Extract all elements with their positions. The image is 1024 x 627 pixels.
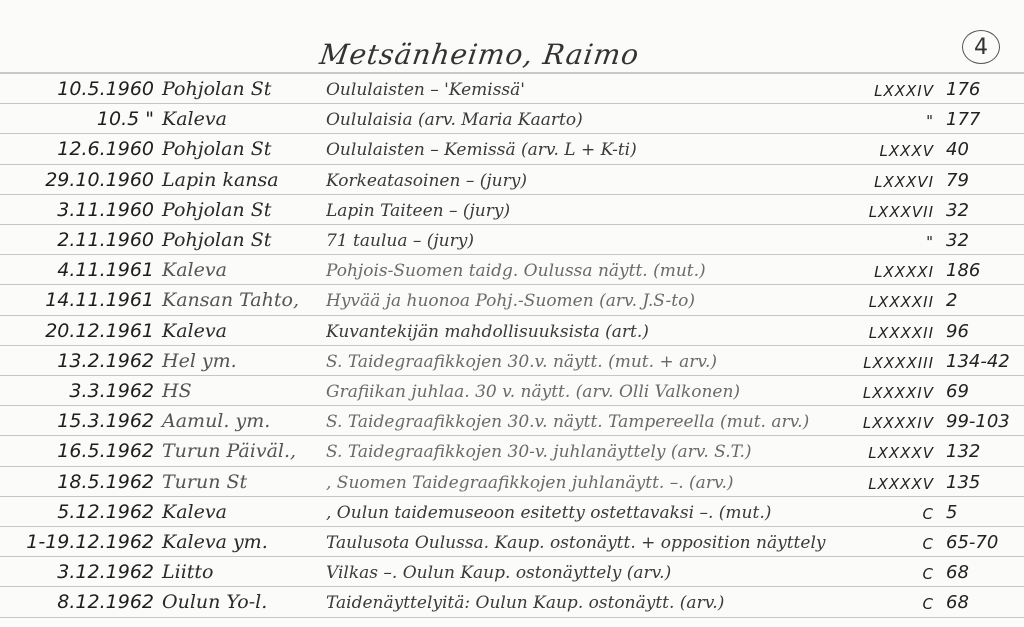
entry-newspaper: Pohjolan St bbox=[162, 78, 322, 100]
entry-page: 65-70 bbox=[940, 532, 1024, 553]
entry-description: , Oulun taidemuseoon esitetty ostettavak… bbox=[326, 503, 846, 523]
entry-volume: LXXXXV bbox=[820, 444, 934, 462]
entry-row: 16.5.1962Turun Päiväl.,S. Taidegraafikko… bbox=[0, 435, 1024, 465]
entry-newspaper: Kaleva bbox=[162, 108, 322, 130]
entry-newspaper: Liitto bbox=[162, 561, 322, 583]
entry-date: 8.12.1962 bbox=[14, 591, 154, 613]
index-card: Metsänheimo, Raimo 4 10.5.1960Pohjolan S… bbox=[0, 0, 1024, 627]
entry-description: Oululaisia (arv. Maria Kaarto) bbox=[326, 110, 846, 130]
entry-date: 20.12.1961 bbox=[14, 320, 154, 342]
entry-row: 29.10.1960Lapin kansaKorkeatasoinen – (j… bbox=[0, 164, 1024, 194]
entry-date: 3.11.1960 bbox=[14, 199, 154, 221]
entry-volume: " bbox=[820, 233, 934, 251]
entry-newspaper: Pohjolan St bbox=[162, 138, 322, 160]
entry-volume: LXXXXII bbox=[820, 324, 934, 342]
entry-newspaper: HS bbox=[162, 380, 322, 402]
entry-date: 4.11.1961 bbox=[14, 259, 154, 281]
entry-description: S. Taidegraafikkojen 30.v. näytt. Tamper… bbox=[326, 412, 846, 432]
entry-date: 10.5 " bbox=[14, 108, 154, 130]
entry-volume: " bbox=[820, 112, 934, 130]
entry-row: 18.5.1962Turun St, Suomen Taidegraafikko… bbox=[0, 466, 1024, 496]
entry-description: Pohjois-Suomen taidg. Oulussa näytt. (mu… bbox=[326, 261, 846, 281]
entry-date: 12.6.1960 bbox=[14, 138, 154, 160]
entry-volume: LXXXXIII bbox=[820, 354, 934, 372]
entry-row: 10.5 "KalevaOululaisia (arv. Maria Kaart… bbox=[0, 103, 1024, 133]
entry-description: Oululaisten – Kemissä (arv. L + K-ti) bbox=[326, 140, 846, 160]
entry-newspaper: Turun Päiväl., bbox=[162, 440, 322, 462]
entry-row: 15.3.1962Aamul. ym.S. Taidegraafikkojen … bbox=[0, 405, 1024, 435]
entry-date: 2.11.1960 bbox=[14, 229, 154, 251]
entry-row: 13.2.1962Hel ym.S. Taidegraafikkojen 30.… bbox=[0, 345, 1024, 375]
entry-row: 2.11.1960Pohjolan St71 taulua – (jury)"3… bbox=[0, 224, 1024, 254]
entry-date: 5.12.1962 bbox=[14, 501, 154, 523]
entry-description: Kuvantekijän mahdollisuuksista (art.) bbox=[326, 322, 846, 342]
entry-volume: C bbox=[820, 505, 934, 523]
entry-page: 79 bbox=[940, 170, 1024, 191]
entry-newspaper: Aamul. ym. bbox=[162, 410, 322, 432]
entry-volume: LXXXXV bbox=[820, 475, 934, 493]
entry-volume: LXXXXIV bbox=[820, 384, 934, 402]
entry-page: 135 bbox=[940, 472, 1024, 493]
entry-row: 8.12.1962Oulun Yo-l.Taidenäyttelyitä: Ou… bbox=[0, 586, 1024, 616]
entry-row: 3.3.1962HSGrafiikan juhlaa. 30 v. näytt.… bbox=[0, 375, 1024, 405]
entry-description: Taidenäyttelyitä: Oulun Kaup. ostonäytt.… bbox=[326, 593, 846, 613]
entry-page: 99-103 bbox=[940, 411, 1024, 432]
entry-row: 10.5.1960Pohjolan StOululaisten – 'Kemis… bbox=[0, 73, 1024, 103]
ruled-line bbox=[0, 617, 1024, 618]
entry-page: 96 bbox=[940, 321, 1024, 342]
entry-row: 3.11.1960Pohjolan StLapin Taiteen – (jur… bbox=[0, 194, 1024, 224]
entry-description: 71 taulua – (jury) bbox=[326, 231, 846, 251]
entry-newspaper: Pohjolan St bbox=[162, 229, 322, 251]
entry-row: 20.12.1961KalevaKuvantekijän mahdollisuu… bbox=[0, 315, 1024, 345]
entry-row: 4.11.1961KalevaPohjois-Suomen taidg. Oul… bbox=[0, 254, 1024, 284]
entry-page: 2 bbox=[940, 290, 1024, 311]
entry-volume: LXXXVII bbox=[820, 203, 934, 221]
entry-page: 69 bbox=[940, 381, 1024, 402]
entry-volume: LXXXXIV bbox=[820, 414, 934, 432]
entry-description: Grafiikan juhlaa. 30 v. näytt. (arv. Oll… bbox=[326, 382, 846, 402]
entry-row: 1-19.12.1962Kaleva ym.Taulusota Oulussa.… bbox=[0, 526, 1024, 556]
entry-newspaper: Kaleva bbox=[162, 320, 322, 342]
entry-date: 10.5.1960 bbox=[14, 78, 154, 100]
entry-row: 5.12.1962Kaleva, Oulun taidemuseoon esit… bbox=[0, 496, 1024, 526]
entry-volume: LXXXVI bbox=[820, 173, 934, 191]
entry-page: 132 bbox=[940, 441, 1024, 462]
entry-newspaper: Kaleva ym. bbox=[162, 531, 322, 553]
card-number-badge: 4 bbox=[962, 30, 1000, 64]
entry-page: 68 bbox=[940, 562, 1024, 583]
entry-newspaper: Kaleva bbox=[162, 501, 322, 523]
entry-volume: C bbox=[820, 565, 934, 583]
entry-page: 5 bbox=[940, 502, 1024, 523]
entry-page: 134-42 bbox=[940, 351, 1024, 372]
entry-description: S. Taidegraafikkojen 30-v. juhlanäyttely… bbox=[326, 442, 846, 462]
entry-volume: C bbox=[820, 535, 934, 553]
card-number: 4 bbox=[974, 35, 988, 60]
entry-page: 186 bbox=[940, 260, 1024, 281]
entry-date: 3.3.1962 bbox=[14, 380, 154, 402]
entry-date: 18.5.1962 bbox=[14, 471, 154, 493]
entry-newspaper: Oulun Yo-l. bbox=[162, 591, 322, 613]
entry-date: 13.2.1962 bbox=[14, 350, 154, 372]
entry-description: Korkeatasoinen – (jury) bbox=[326, 171, 846, 191]
entry-description: Lapin Taiteen – (jury) bbox=[326, 201, 846, 221]
entry-row: 14.11.1961Kansan Tahto,Hyvää ja huonoa P… bbox=[0, 284, 1024, 314]
entry-description: , Suomen Taidegraafikkojen juhlanäytt. –… bbox=[326, 473, 846, 493]
entry-page: 68 bbox=[940, 592, 1024, 613]
entry-page: 32 bbox=[940, 200, 1024, 221]
entry-row: 12.6.1960Pohjolan StOululaisten – Kemiss… bbox=[0, 133, 1024, 163]
entry-newspaper: Lapin kansa bbox=[162, 169, 322, 191]
entry-volume: LXXXXII bbox=[820, 293, 934, 311]
entry-date: 29.10.1960 bbox=[14, 169, 154, 191]
entry-newspaper: Pohjolan St bbox=[162, 199, 322, 221]
entry-date: 3.12.1962 bbox=[14, 561, 154, 583]
entry-volume: LXXXIV bbox=[820, 82, 934, 100]
entry-page: 40 bbox=[940, 139, 1024, 160]
entry-newspaper: Kansan Tahto, bbox=[162, 289, 322, 311]
entry-page: 176 bbox=[940, 79, 1024, 100]
entry-newspaper: Kaleva bbox=[162, 259, 322, 281]
entry-date: 15.3.1962 bbox=[14, 410, 154, 432]
card-heading: Metsänheimo, Raimo bbox=[318, 38, 642, 71]
entry-volume: LXXXV bbox=[820, 142, 934, 160]
entry-date: 1-19.12.1962 bbox=[14, 531, 154, 553]
entry-date: 14.11.1961 bbox=[14, 289, 154, 311]
entry-description: Vilkas –. Oulun Kaup. ostonäyttely (arv.… bbox=[326, 563, 846, 583]
entry-row: 3.12.1962LiittoVilkas –. Oulun Kaup. ost… bbox=[0, 556, 1024, 586]
entry-newspaper: Turun St bbox=[162, 471, 322, 493]
entry-date: 16.5.1962 bbox=[14, 440, 154, 462]
entry-description: Hyvää ja huonoa Pohj.-Suomen (arv. J.S-t… bbox=[326, 291, 846, 311]
entry-description: Taulusota Oulussa. Kaup. ostonäytt. + op… bbox=[326, 533, 846, 553]
entry-description: S. Taidegraafikkojen 30.v. näytt. (mut. … bbox=[326, 352, 846, 372]
entry-page: 177 bbox=[940, 109, 1024, 130]
entry-page: 32 bbox=[940, 230, 1024, 251]
entry-volume: LXXXXI bbox=[820, 263, 934, 281]
entry-volume: C bbox=[820, 595, 934, 613]
entry-newspaper: Hel ym. bbox=[162, 350, 322, 372]
entry-description: Oululaisten – 'Kemissä' bbox=[326, 80, 846, 100]
